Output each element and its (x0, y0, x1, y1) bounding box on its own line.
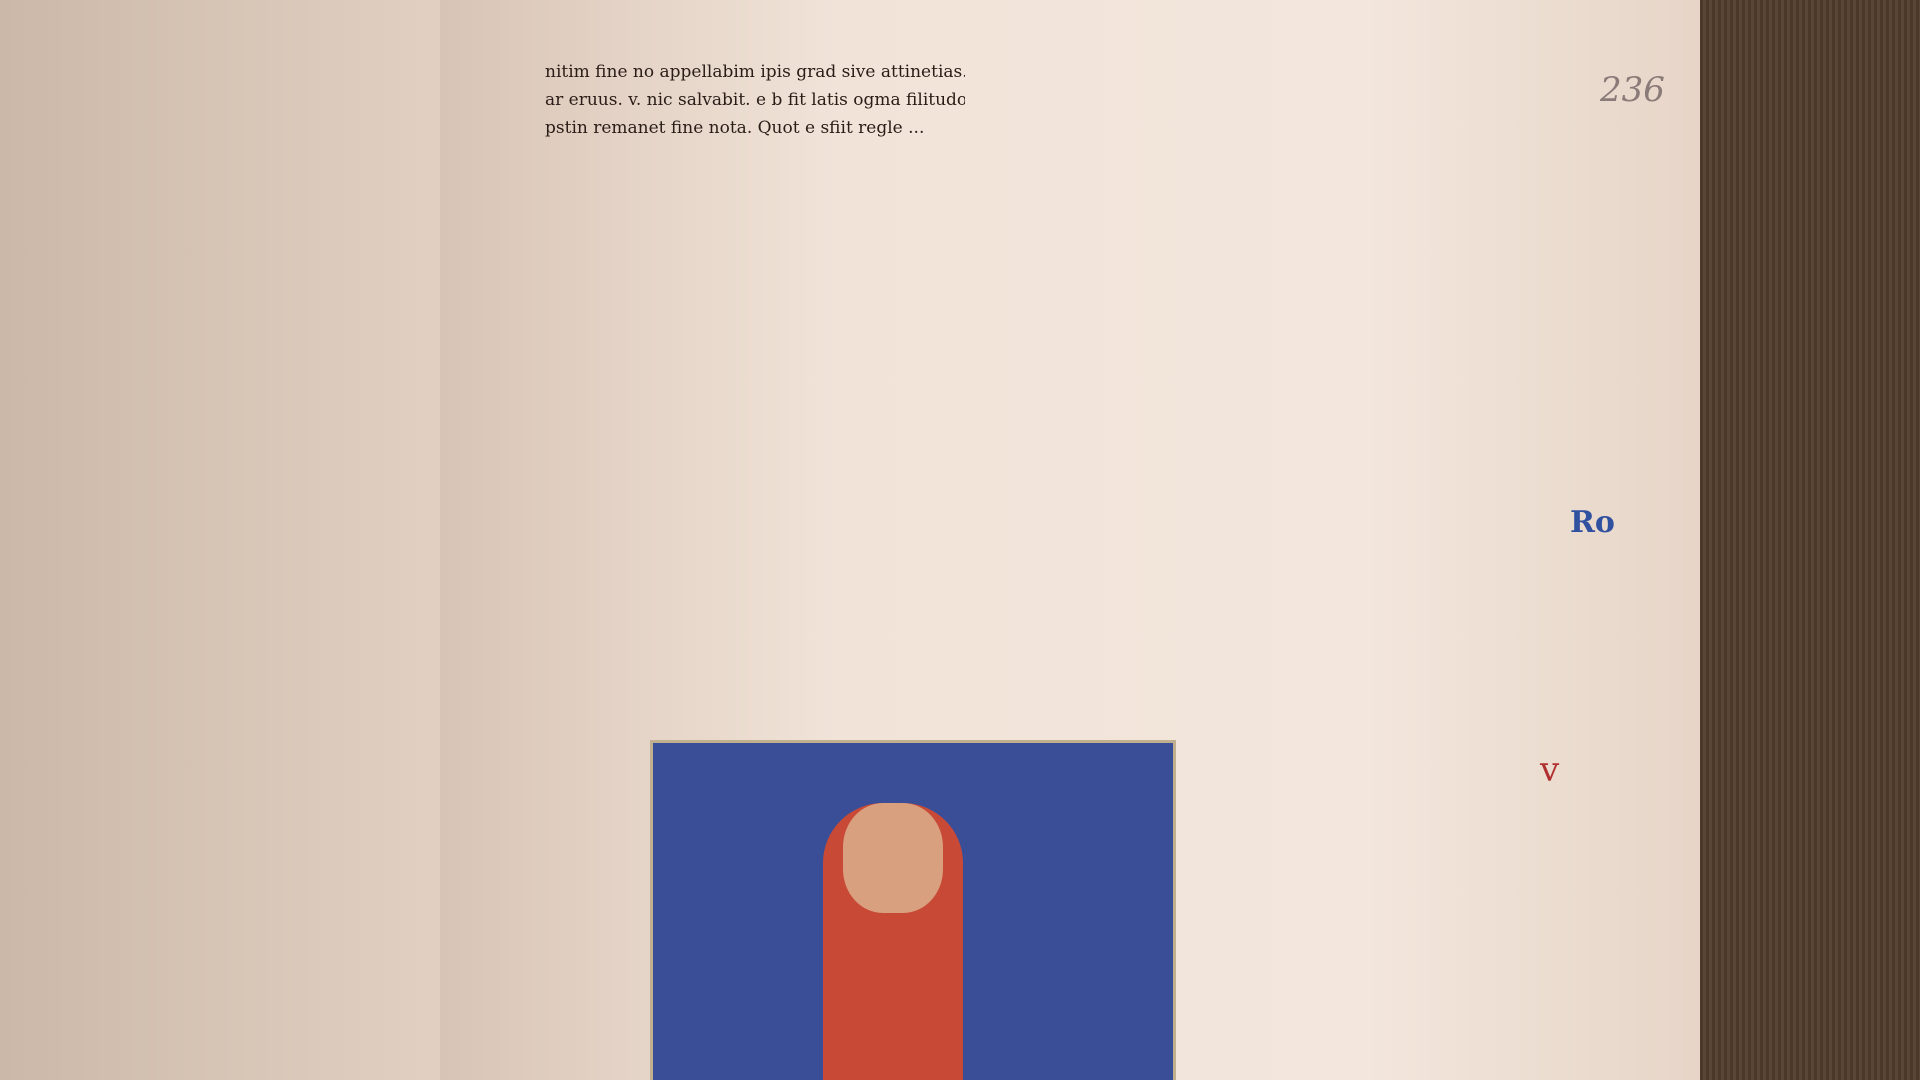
figure-face (843, 803, 943, 913)
marginal-mark: v (1540, 750, 1559, 790)
manuscript-photo: 236 nitim fine no appellabim ipis grad s… (0, 0, 1920, 1080)
left-page (0, 0, 470, 1080)
text-line: nitim fine no appellabim ipis grad sive … (545, 58, 965, 86)
folio-number: 236 (1600, 70, 1665, 110)
marginal-initial: Ro (1570, 505, 1615, 540)
text-line: ar eruus. v. nic salvabit. e b fit latis… (545, 86, 965, 114)
page-edges (1700, 0, 1920, 1080)
text-line: pstin remanet fine nota. Quot e sfiit re… (545, 114, 965, 142)
illuminated-initial (650, 740, 1176, 1080)
text-column-left: nitim fine no appellabim ipis grad sive … (545, 58, 965, 142)
